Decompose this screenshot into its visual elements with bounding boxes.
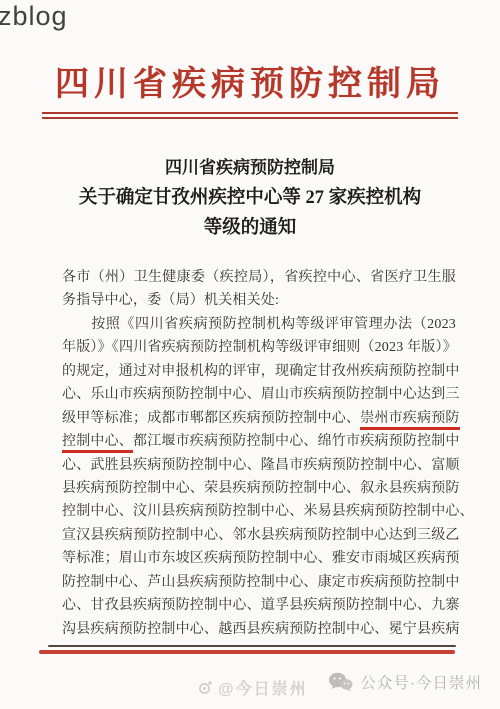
body-line: 等标准；眉山市东坡区疾病预防控制中心、雅安市雨城区疾病预 xyxy=(62,547,456,570)
body-text-segment: 心、甘孜县疾病预防控制中心、道孚县疾病预防控制中心、九寨 xyxy=(62,598,460,613)
letterhead-org-name: 四川省疾病预防控制局 xyxy=(0,62,500,108)
body-text-segment: 防控制中心、芦山县疾病预防控制中心、康定市疾病预防控制中 xyxy=(62,575,460,590)
body-line: 务指导中心，委（局）机关相关处: xyxy=(62,289,456,312)
document-body: 各市（州）卫生健康委（疾控局），省疾控中心、省医疗卫生服务指导中心，委（局）机关… xyxy=(62,266,456,641)
document-title-line: 四川省疾病预防控制局 xyxy=(0,153,500,183)
weibo-watermark: @今日崇州 xyxy=(198,676,308,699)
body-text-segment: 等标准；眉山市东坡区疾病预防控制中心、雅安市雨城区疾病预 xyxy=(62,551,460,566)
body-line: 控制中心、都江堰市疾病预防控制中心、绵竹市疾病预防控制中 xyxy=(62,430,456,453)
body-line: 各市（州）卫生健康委（疾控局），省疾控中心、省医疗卫生服 xyxy=(62,266,456,289)
body-line: 县疾病预防控制中心、荣县疾病预防控制中心、叙永县疾病预防 xyxy=(62,477,456,500)
body-text-segment: 心、武胜县疾病预防控制中心、隆昌市疾病预防控制中心、富顺 xyxy=(62,458,460,473)
bottom-rule-red-line xyxy=(39,650,455,654)
body-text-segment: 级甲等标准；成都市郫都区疾病预防控制中心、 xyxy=(62,411,360,426)
body-line: 宣汉县疾病预防控制中心、邻水县疾病预防控制中心达到三级乙 xyxy=(62,524,456,547)
body-line: 防控制中心、芦山县疾病预防控制中心、康定市疾病预防控制中 xyxy=(62,571,456,594)
weibo-camera-icon xyxy=(198,680,213,695)
weibo-watermark-text: @今日崇州 xyxy=(218,676,308,699)
document-title: 四川省疾病预防控制局关于确定甘孜州疾控中心等 27 家疾控机构等级的通知 xyxy=(0,153,500,243)
bottom-red-rule xyxy=(48,645,456,654)
body-line: 心、武胜县疾病预防控制中心、隆昌市疾病预防控制中心、富顺 xyxy=(62,454,456,477)
blog-watermark: zblog xyxy=(0,1,68,32)
body-text-segment: 都江堰市疾病预防控制中心、绵竹市疾病预防控制中 xyxy=(133,434,460,449)
wechat-label-text: 公众号·今日崇州 xyxy=(360,671,482,693)
body-text-segment: 宣汉县疾病预防控制中心、邻水县疾病预防控制中心达到三级乙 xyxy=(62,528,460,543)
body-line: 按照《四川省疾病预防控制机构等级评审管理办法（2023 xyxy=(62,313,456,336)
document-scan: zblog 四川省疾病预防控制局 四川省疾病预防控制局关于确定甘孜州疾控中心等 … xyxy=(0,0,500,709)
letterhead-double-rule xyxy=(42,112,458,119)
body-text-segment: 按照《四川省疾病预防控制机构等级评审管理办法（2023 xyxy=(62,317,456,332)
body-line: 控制中心、汶川县疾病预防控制中心、米易县疾病预防控制中心、 xyxy=(62,500,456,523)
wechat-account-label: 公众号·今日崇州 xyxy=(328,671,482,693)
body-text-segment: 各市（州）卫生健康委（疾控局），省疾控中心、省医疗卫生服 xyxy=(62,270,456,285)
body-text-segment: 沟县疾病预防控制中心、越西县疾病预防控制中心、冕宁县疾病 xyxy=(62,622,460,637)
body-line: 年版）》《四川省疾病预防控制机构等级评审细则（2023 年版）》 xyxy=(62,336,456,359)
document-title-line: 等级的通知 xyxy=(0,213,500,243)
wechat-bubbles-icon xyxy=(328,672,353,692)
body-line: 心、乐山市疾病预防控制中心、眉山市疾病预防控制中心达到三 xyxy=(62,383,456,406)
body-text-segment: 心、乐山市疾病预防控制中心、眉山市疾病预防控制中心达到三 xyxy=(62,387,460,402)
body-line: 沟县疾病预防控制中心、越西县疾病预防控制中心、冕宁县疾病 xyxy=(62,618,456,641)
document-title-line: 关于确定甘孜州疾控中心等 27 家疾控机构 xyxy=(0,183,500,213)
red-underline-annotation: 崇州市疾病预防 xyxy=(360,411,459,430)
body-text-segment: 县疾病预防控制中心、荣县疾病预防控制中心、叙永县疾病预防 xyxy=(62,481,460,496)
body-text-segment: 控制中心、汶川县疾病预防控制中心、米易县疾病预防控制中心、 xyxy=(62,504,474,519)
body-text-segment: 的规定，通过对申报机构的评审，现确定甘孜州疾病预防控制中 xyxy=(62,364,460,379)
red-underline-annotation: 控制中心、 xyxy=(62,434,133,453)
bottom-rule-dark-line xyxy=(48,645,456,647)
body-text-segment: 务指导中心，委（局）机关相关处: xyxy=(62,293,279,308)
body-line: 心、甘孜县疾病预防控制中心、道孚县疾病预防控制中心、九寨 xyxy=(62,594,456,617)
body-text-segment: 年版）》《四川省疾病预防控制机构等级评审细则（2023 年版）》 xyxy=(62,340,457,355)
body-line: 的规定，通过对申报机构的评审，现确定甘孜州疾病预防控制中 xyxy=(62,360,456,383)
body-line: 级甲等标准；成都市郫都区疾病预防控制中心、崇州市疾病预防 xyxy=(62,407,456,430)
